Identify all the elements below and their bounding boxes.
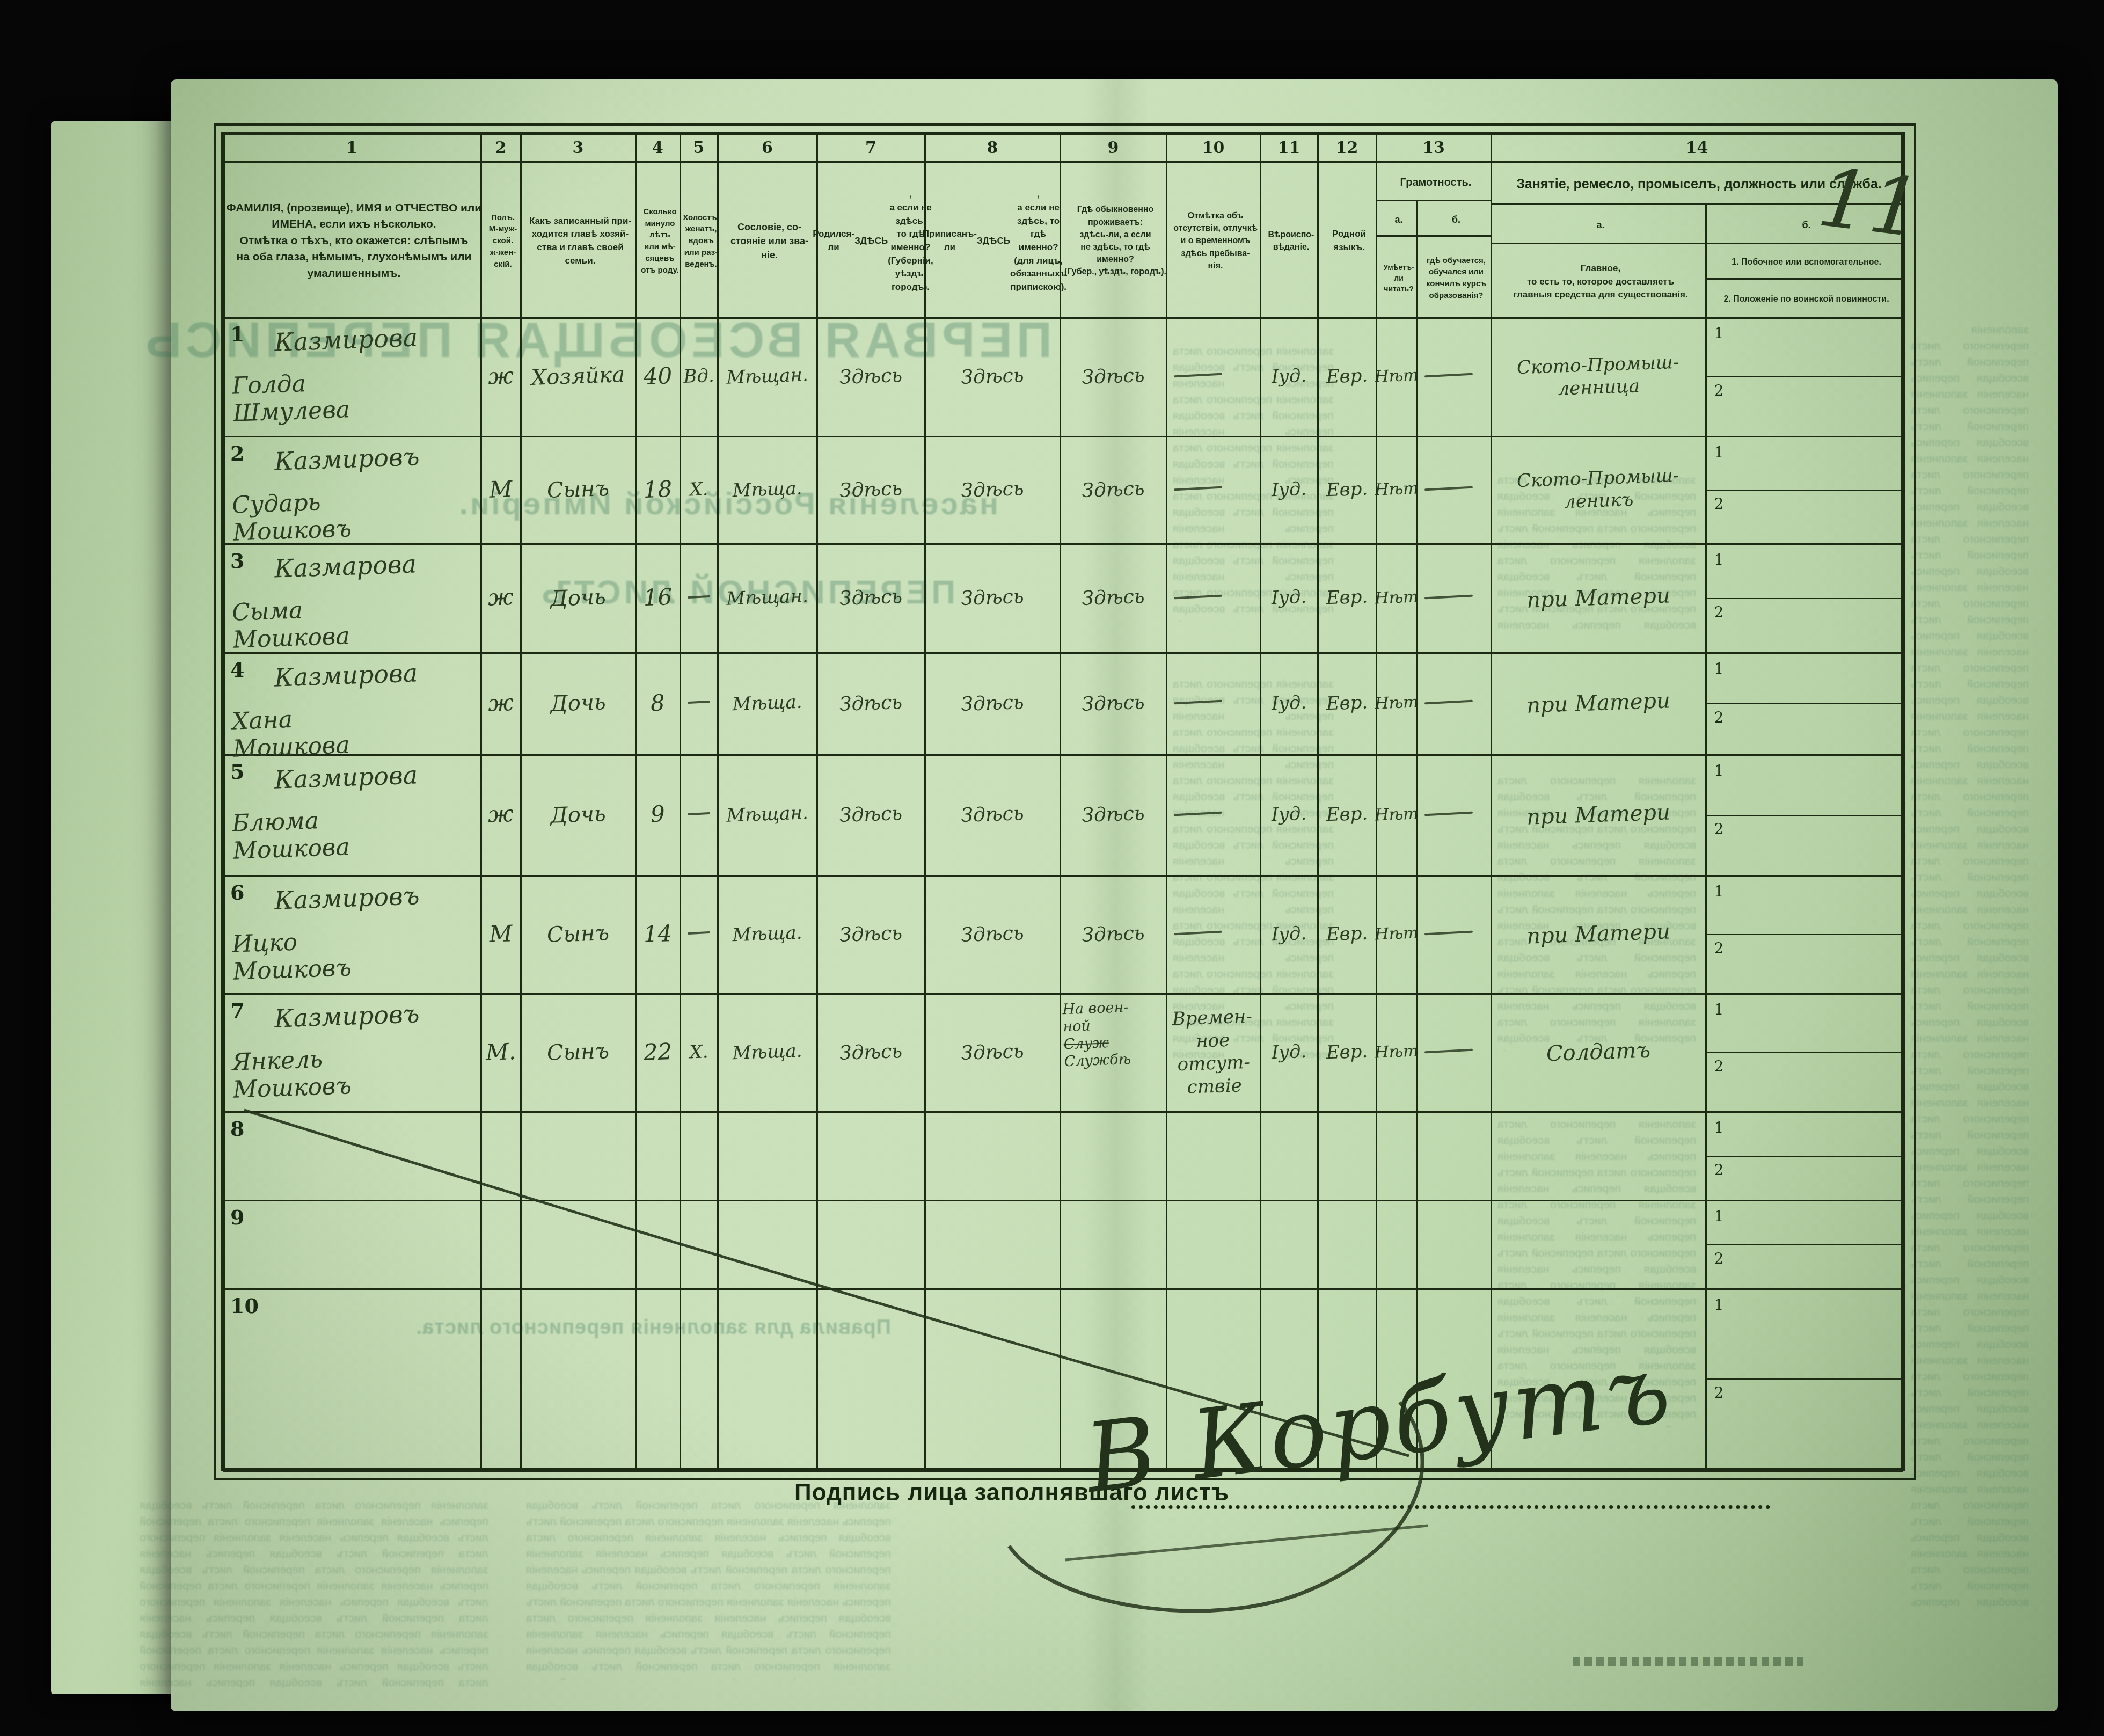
header-occupation-a-label: а. [1491,203,1710,247]
cell-surname: Казмирова [274,323,418,356]
cell-reads: Нѣт [1376,319,1416,433]
column-number-7: 7 [817,135,925,161]
cell-given-name: Сыма Мошкова [231,595,350,654]
cell-relation: Сынъ [521,437,635,542]
header-literacy-a-desc: Умѣетъ- ли читать? [1376,235,1421,321]
cell-marital: Х. [681,439,718,541]
grid-hline [1706,490,1903,491]
cell-registered: Здѣсь [925,318,1060,435]
cell-born: Здѣсь [817,654,924,753]
cell-age: 14 [635,878,680,990]
header-absence-note: Отмѣтка объ отсутствіи, отлучкѣ и о врем… [1166,161,1265,321]
row-number: 8 [230,1117,244,1141]
cell-born: Здѣсь [817,877,924,992]
header-sex: Полъ. М-муж- ской. ж-жен- скій. [481,161,525,321]
column-number-13: 13 [1376,135,1491,161]
cell-registered: Здѣсь [925,653,1060,753]
header-estate: Сословіе, со- стояніе или зва- ніе. [718,161,821,321]
cell-resides: Здѣсь [1061,654,1166,753]
cell-occupation: Ското-Промыш- леникъ [1492,435,1705,544]
row-mark-1: 1 [1714,325,1723,342]
cell-given-name: Ицко Мошковъ [231,927,352,986]
cell-estate: Мѣща. [718,995,816,1110]
cell-marital: Х. [680,996,717,1108]
cell-age: 9 [635,757,680,872]
grid-vline [1901,132,1905,1471]
header-age: Сколько минуло лѣтъ или мѣ- сяцевъ отъ р… [635,161,684,321]
column-number-6: 6 [718,135,817,161]
cell-resides: Здѣсь [1060,756,1166,874]
cell-registered: Здѣсь [925,876,1060,992]
cell-surname: Казмарова [274,549,417,583]
grid-hline [1706,598,1903,599]
header-occupation-b2-desc: 2. Положеніе по воинской повинности. [1706,278,1907,321]
row-mark-2: 2 [1714,383,1723,399]
cell-given-name: Янкель Мошковъ [231,1045,352,1104]
row-mark-2: 2 [1714,604,1723,621]
cell-age: 22 [635,996,680,1108]
cell-sex: М [481,439,521,541]
row-mark-1: 1 [1714,884,1723,900]
cell-language: Евр. [1318,877,1376,990]
row-mark-2: 2 [1714,821,1723,838]
grid-hline [1706,703,1903,704]
column-number-2: 2 [481,135,521,161]
cell-religion: Іуд. [1260,756,1317,872]
row-number: 1 [230,322,244,346]
row-number: 10 [230,1294,259,1318]
cell-language: Евр. [1318,545,1376,650]
cell-sex: ж [481,546,521,650]
cell-estate: Мѣща. [718,877,816,991]
header-marital: Холостъ, женатъ, вдовъ или раз- веденъ. [680,161,722,321]
cell-resides: Здѣсь [1060,877,1166,992]
row-mark-2: 2 [1714,1059,1723,1075]
cell-estate: Мѣща. [718,437,816,542]
cell-religion: Іуд. [1260,877,1317,990]
column-number-5: 5 [680,135,718,161]
cell-occupation: Ското-Промыш- ленница [1491,316,1705,436]
header-native-language: Родной языкъ. [1318,161,1380,321]
grid-hline [1706,1052,1903,1053]
cell-resides: Здѣсь [1060,318,1166,435]
cell-age: 40 [635,319,680,433]
cell-relation: Хозяйка [521,318,635,434]
header-literacy-a-label: а. [1376,200,1421,239]
grid-hline [1706,1244,1903,1245]
cell-reads: Нѣт [1377,546,1417,650]
grid-hline [1706,1156,1903,1157]
cell-age: 18 [636,439,680,541]
row-number: 9 [230,1205,244,1229]
grid-hline [1706,815,1903,816]
handwritten-page-number: 11 [1813,151,1926,256]
cell-relation: Сынъ [521,876,635,991]
row-mark-1: 1 [1714,661,1723,677]
row-mark-2: 2 [1714,710,1723,726]
grid-hline [223,1288,1903,1290]
cell-marital: Вд. [680,319,717,433]
grid-hline [223,1200,1903,1201]
cell-relation: Дочь [521,755,635,873]
cell-sex: ж [481,319,520,433]
row-mark-2: 2 [1714,1385,1723,1402]
column-number-8: 8 [925,135,1060,161]
column-number-10: 10 [1166,135,1260,161]
cell-language: Евр. [1318,438,1376,541]
header-religion: Вѣроиспо- вѣданіе. [1260,161,1322,321]
row-mark-2: 2 [1714,1251,1723,1267]
cell-estate: Мѣщан. [718,318,816,434]
grid-hline [1706,1378,1903,1380]
cell-reads: Нѣт [1376,996,1416,1108]
grid-vline [1166,132,1167,1471]
column-number-11: 11 [1260,135,1318,161]
row-number: 2 [230,441,244,465]
cell-occupation: при Матери [1491,874,1705,994]
cell-born: Здѣсь [817,995,924,1110]
cell-absence: Времен- ное отсут- ствіе [1166,995,1260,1110]
cell-registered: Здѣсь [925,994,1060,1110]
cell-resides: На воен-нойСлужСлужбѣ [1062,998,1164,1071]
cell-sex: М. [481,996,520,1108]
cell-given-name: Сударь Мошковъ [231,487,352,546]
header-literacy-title: Грамотность. [1376,161,1495,204]
grid-vline [1705,203,1707,1471]
cell-sex: ж [481,757,520,872]
column-number-9: 9 [1060,135,1166,161]
header-occupation-a-desc: Главное, то есть то, которое доставляетъ… [1491,243,1710,321]
cell-sex: М [481,878,520,990]
cell-given-name: Хана Мошкова [231,704,350,763]
cell-surname: Казмировъ [274,442,420,476]
cell-relation: Дочь [521,544,635,651]
row-mark-2: 2 [1714,940,1723,957]
row-mark-2: 2 [1714,496,1723,513]
row-mark-1: 1 [1714,1002,1723,1018]
row-mark-1: 1 [1714,1208,1723,1225]
cell-estate: Мѣщан. [718,545,817,651]
cell-born: Здѣсь [817,545,925,651]
cell-occupation: при Матери [1492,652,1705,755]
cell-given-name: Голда Шмулева [231,368,350,427]
cell-relation: Дочь [521,653,635,753]
cell-surname: Казмировъ [274,881,420,915]
cell-occupation: Солдатъ [1491,993,1705,1112]
column-number-12: 12 [1318,135,1376,161]
cell-language: Евр. [1318,654,1376,752]
row-number: 4 [230,658,244,682]
cell-surname: Казмировъ [274,999,420,1033]
row-mark-2: 2 [1714,1162,1723,1179]
cell-reads: Нѣт [1377,439,1417,541]
cell-resides: Здѣсь [1061,545,1166,651]
row-mark-1: 1 [1714,444,1723,461]
cell-surname: Казмирова [274,760,418,794]
row-mark-1: 1 [1714,1297,1723,1314]
grid-hline [1706,934,1903,935]
cell-reads: Нѣт [1376,757,1416,872]
cell-born: Здѣсь [817,318,924,435]
row-mark-1: 1 [1714,1120,1723,1136]
cell-religion: Іуд. [1261,438,1318,541]
header-literacy-b-desc: гдѣ обучается, обучался или кончилъ курс… [1417,235,1495,321]
cell-born: Здѣсь [817,437,924,542]
row-number: 5 [230,760,244,784]
header-usual-residence: Гдѣ обыкновенно проживаетъ: здѣсь-ли, а … [1060,161,1171,321]
cell-sex: ж [481,655,520,752]
grid-hline [223,1468,1903,1472]
cell-registered: Здѣсь [925,755,1060,874]
cell-language: Евр. [1318,995,1376,1108]
cell-estate: Мѣщан. [718,756,816,873]
cell-age: 16 [636,546,680,650]
cell-religion: Іуд. [1261,545,1318,650]
cell-reads: Нѣт [1377,655,1416,752]
column-number-4: 4 [635,135,680,161]
cell-resides: Здѣсь [1061,437,1166,542]
row-mark-1: 1 [1714,763,1723,779]
header-relation: Какъ записанный при- ходится главѣ хозяй… [521,161,640,321]
cell-language: Евр. [1318,756,1376,872]
cell-occupation: при Матери [1492,543,1705,653]
header-literacy-b-label: б. [1417,200,1495,239]
column-number-1: 1 [223,135,481,161]
grid-vline [221,132,225,1471]
cell-reads: Нѣт [1376,878,1416,990]
cell-occupation: при Матери [1491,754,1705,876]
cell-given-name: Блюма Мошкова [231,806,350,865]
cell-registered: Здѣсь [925,544,1060,651]
column-number-3: 3 [521,135,635,161]
cell-born: Здѣсь [817,756,924,874]
row-mark-1: 1 [1714,552,1723,568]
cell-religion: Іуд. [1260,319,1317,433]
cell-relation: Сынъ [521,994,635,1110]
imprint-illegible [1573,1657,1803,1666]
row-number: 7 [230,998,244,1023]
cell-religion: Іуд. [1261,654,1317,752]
grid-hline [1706,376,1903,377]
header-born-here: Родился-ли ЗДѢСЬ, а если не здѣсь, то гд… [817,161,929,321]
row-number: 3 [230,549,244,573]
cell-estate: Мѣща. [718,654,816,753]
cell-language: Евр. [1318,319,1376,433]
cell-registered: Здѣсь [925,437,1060,542]
cell-surname: Казмирова [274,658,418,692]
cell-religion: Іуд. [1260,995,1317,1108]
row-number: 6 [230,880,244,905]
grid-hline [223,1111,1903,1113]
header-surname: ФАМИЛІЯ, (прозвище), ИМЯ и ОТЧЕСТВО или … [223,161,485,321]
grid-vline [1416,200,1418,1471]
header-registered-here: Приписанъ-ли ЗДѢСЬ, а если не здѣсь, то … [925,161,1064,321]
cell-age: 8 [636,655,680,752]
